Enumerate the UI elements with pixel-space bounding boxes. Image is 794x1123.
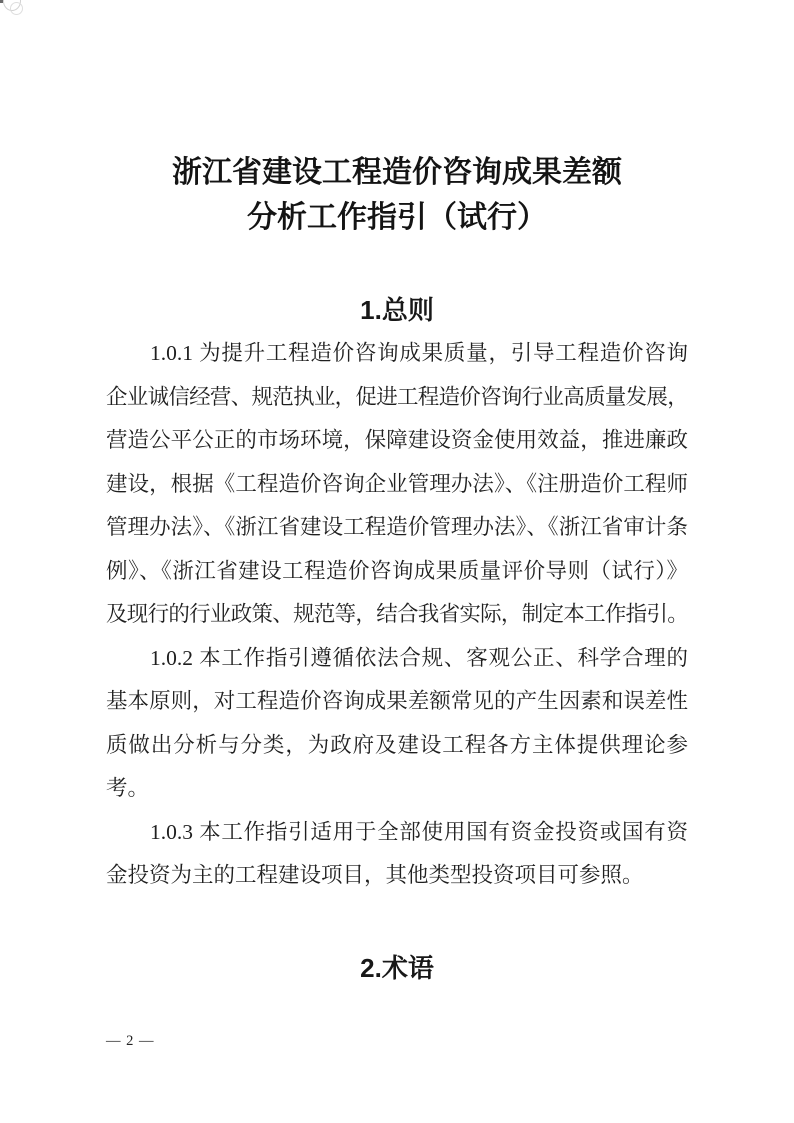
section-heading-2: 2.术语 [0, 952, 794, 984]
document-title-line-1: 浙江省建设工程造价咨询成果差额 [0, 150, 794, 195]
text-line: 质做出分析与分类，为政府及建设工程各方主体提供理论参 [106, 724, 688, 768]
scan-artifact [0, 0, 30, 26]
text-line: 建设，根据《工程造价咨询企业管理办法》、《注册造价工程师 [106, 463, 688, 507]
text-line: 及现行的行业政策、规范等，结合我省实际，制定本工作指引。 [106, 593, 688, 637]
document-body: 1.总则1.0.1 为提升工程造价咨询成果质量，引导工程造价咨询企业诚信经营、规… [0, 294, 794, 984]
paragraph: 1.0.1 为提升工程造价咨询成果质量，引导工程造价咨询企业诚信经营、规范执业，… [106, 332, 688, 637]
page-number: — 2 — [106, 1031, 155, 1051]
document-title: 浙江省建设工程造价咨询成果差额 分析工作指引（试行） [0, 150, 794, 240]
text-line: 营造公平公正的市场环境，保障建设资金使用效益，推进廉政 [106, 419, 688, 463]
text-line: 企业诚信经营、规范执业，促进工程造价咨询行业高质量发展， [106, 376, 688, 420]
text-line: 1.0.3 本工作指引适用于全部使用国有资金投资或国有资 [106, 811, 688, 855]
paragraph: 1.0.2 本工作指引遵循依法合规、客观公正、科学合理的基本原则，对工程造价咨询… [106, 637, 688, 811]
paragraph: 1.0.3 本工作指引适用于全部使用国有资金投资或国有资金投资为主的工程建设项目… [106, 811, 688, 898]
document-page: 浙江省建设工程造价咨询成果差额 分析工作指引（试行） 1.总则1.0.1 为提升… [0, 0, 794, 1123]
text-line: 1.0.1 为提升工程造价咨询成果质量，引导工程造价咨询 [106, 332, 688, 376]
text-line: 基本原则，对工程造价咨询成果差额常见的产生因素和误差性 [106, 680, 688, 724]
text-line: 1.0.2 本工作指引遵循依法合规、客观公正、科学合理的 [106, 637, 688, 681]
text-line: 金投资为主的工程建设项目，其他类型投资项目可参照。 [106, 854, 688, 898]
text-line: 管理办法》、《浙江省建设工程造价管理办法》、《浙江省审计条 [106, 506, 688, 550]
section-heading-1: 1.总则 [0, 294, 794, 326]
text-line: 考。 [106, 767, 688, 811]
scan-artifact-ring [10, 2, 23, 15]
text-line: 例》、《浙江省建设工程造价咨询成果质量评价导则（试行）》 [106, 550, 688, 594]
document-title-line-2: 分析工作指引（试行） [0, 195, 794, 240]
